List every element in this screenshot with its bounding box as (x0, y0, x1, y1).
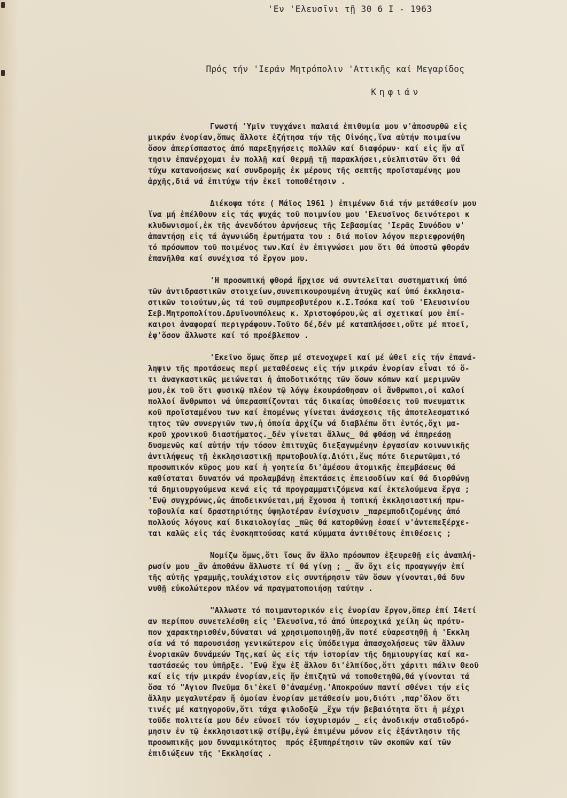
text-line: μου,ἐκ τοῦ ὅτι φυσικῷ πλέον τῷ λόγῳ ἐκου… (148, 385, 553, 396)
punch-hole-mark (1, 2, 5, 8)
paragraph: Διέκοψα τότε ( Μάϊος 1961 ) ἐπιμένων διά… (148, 198, 553, 264)
paragraph: Νομίζω ὅμως,ὅτι ἴσως ἄν ἄλλο πρόσωπον ἐξ… (148, 550, 553, 594)
text-line: ρωσίν μου _ἄν ἀποθάνω ἄλλωστε τί θά γίνῃ… (148, 561, 553, 572)
text-line: στικῶν τοιούτων,ὡς τά τοῦ συμπρεσβυτέρου… (148, 297, 553, 308)
text-line: τινές μέ κατηγοροῦν,ὅτι τάχα φιλοδοξῶ _ἔ… (148, 704, 553, 715)
text-line: ὅσον ἀπερίσπαστος ἀπό παρεξηγήσεις πολλῶ… (148, 143, 553, 154)
text-line: πον χαρακτηρισθέν,δύναται νά χρησιμοποιη… (148, 627, 553, 638)
text-line: τῶν ἀντιδραστικῶν στοιχείων,συνεπικουρου… (148, 286, 553, 297)
text-line: τό πρόσωπον τοῦ ποιμένος των.Καί ἐν ἐπιγ… (148, 242, 553, 253)
text-line: τύχω κατανοήσεως καί συνδρομῆς ἐκ μέρους… (148, 165, 553, 176)
text-line: ταστάσεώς του ὑπῆρξε. 'Ενῷ ἔχω ἐξ ἄλλου … (148, 660, 553, 671)
recipient-line: Πρός τήν 'Ιεράν Μητρόπολιν 'Αττικῆς καί … (206, 65, 464, 75)
text-line: ἀντιλήψεως τῇ ἐκκλησιαστικῇ πρωτοβουλίᾳ.… (148, 451, 553, 462)
text-line: πολλοί ἄνθρωποι νά ὑπερασπίζονται τάς δι… (148, 396, 553, 407)
text-line: τι ἀναγκαστικῶς μειώνεται ἡ ἀποδοτικότης… (148, 374, 553, 385)
text-line: ὅσα τό "Αγιον Πνεῦμα δι'ἐκεῖ θ'ἀναμένῃ.'… (148, 682, 553, 693)
text-line: τητος τῶν συνεργιῶν των,ἡ ὁποία ἀρχίζω ν… (148, 418, 553, 429)
paragraph: 'Εκεῖνο ὅμως ὅπερ μέ στενοχωρεῖ καί μέ ὠ… (148, 352, 553, 539)
text-line: ληψιν τῆς προτάσεως περί μεταθέσεως εἰς … (148, 363, 553, 374)
date-line: 'Εν 'Ελευσῖνι τῇ 30 6 Ι - 1963 (268, 5, 432, 15)
paragraph: 'Η προσωπική φθορά ἤρχισε νά συντελεῖται… (148, 275, 553, 341)
text-line: προσωπικόν κῦρος μου καί ἡ γοητεία δι'ἀμ… (148, 462, 553, 473)
text-line: νυθῇ εὐκολώτερον πλέον νά πραγματοποιήσῃ… (148, 583, 553, 594)
text-line: μησιν ἐν τῷ ἐκκλησιαστικῷ στίβῳ,ἐγώ ἐπιμ… (148, 726, 553, 737)
text-line: ἐνοριακῶν δυνάμεών Της,καί ὡς εἰς τήν ἱσ… (148, 649, 553, 660)
text-line: καιροι ἀναφοραί περιγράφουν.Τοῦτο δέ,δέν… (148, 319, 553, 330)
text-line: κλυδωνισμοί,ἐκ τῆς ἀνενδότου ἀρνήσεως τῆ… (148, 220, 553, 231)
text-line: Σεβ.Μητροπολίτου.Δρυϊνουπόλεως κ. Χριστο… (148, 308, 553, 319)
text-line: 'Ενῷ συγχρόνως,ὡς ἀποδεικνύεται,μή ἔχουσ… (148, 495, 553, 506)
text-line: Νομίζω ὅμως,ὅτι ἴσως ἄν ἄλλο πρόσωπον ἐξ… (148, 550, 553, 561)
text-line: μικράν ἐνορίαν,ὅπως ἄλλοτε ἐζήτησα τήν τ… (148, 132, 553, 143)
text-line: καθίσταται δυνατόν νά προλαμβάνῃ ἐπεκτάσ… (148, 473, 553, 484)
text-line: 'Εκεῖνο ὅμως ὅπερ μέ στενοχωρεῖ καί μέ ὠ… (148, 352, 553, 363)
text-line: ται καλῶς εἰς τάς ἐνσκηπτούσας κατά κύμμ… (148, 528, 553, 539)
text-line: τῆς αὐτῆς γραμμῆς,τουλάχιστον εἰς συντήρ… (148, 572, 553, 583)
text-line: προσωπικῆς μου δυναμικότητος πρός ἐξυπηρ… (148, 737, 553, 748)
typewritten-letter-page: 'Εν 'Ελευσῖνι τῇ 30 6 Ι - 1963 Πρός τήν … (0, 0, 567, 798)
text-line: αν περίπου συνετελέσθη εἰς 'Ελευσῖνα,τό … (148, 616, 553, 627)
text-line: ἐφ'ὅσον ἄλλωστε καί τό προέβλεπον . (148, 330, 553, 341)
text-line: πολλούς λόγους καί δικαιολογίας _πῶς θά … (148, 517, 553, 528)
text-line: ἐπανῆλθα καί συνέχισα τό ἔργον μου. (148, 253, 553, 264)
text-line: ἄλλην μεγαλυτέραν ἤ ὁμοίαν ἐνορίαν μετάθ… (148, 693, 553, 704)
text-line: ἐπιδιώξεων τῆς 'Εκκλησίας . (148, 748, 553, 759)
text-line: "Αλλωστε τό ποιμαντορικόν εἰς ἐνορίαν ἔρ… (148, 605, 553, 616)
text-line: τοῦδε πολιτεία μου δέν εὐνοεῖ τόν ἰσχυρι… (148, 715, 553, 726)
text-line: Γνωστή 'Υμῖν τυγχάνει παλαιά ἐπιθυμία μο… (148, 121, 553, 132)
text-line: ἵνα μή ἐπέλθουν εἰς τάς ψυχάς τοῦ ποιμνί… (148, 209, 553, 220)
text-line: τοβουλία καί δραστηριότης ὑψηλοτέραν ἐνί… (148, 506, 553, 517)
text-line: 'Η προσωπική φθορά ἤρχισε νά συντελεῖται… (148, 275, 553, 286)
text-line: σία νά τό παρουσιάσῃ γενικώτερον εἰς ὑπό… (148, 638, 553, 649)
punch-hole-mark (1, 70, 5, 76)
text-line: ἀρχῆς,διά νά ἐπιτύχω τήν ἐκεῖ τοποθέτησι… (148, 176, 553, 187)
paragraph: Γνωστή 'Υμῖν τυγχάνει παλαιά ἐπιθυμία μο… (148, 121, 553, 187)
text-line: κροῦ χρονικοῦ διαστήματος._δέν γίνεται ἄ… (148, 429, 553, 440)
paragraph: "Αλλωστε τό ποιμαντορικόν εἰς ἐνορίαν ἔρ… (148, 605, 553, 759)
text-line: τησιν ἐπανέρχομαι ἐν πολλῇ καί θερμῇ τῇ … (148, 154, 553, 165)
text-line: κοῦ προϊσταμένου των καί ἑπομένως γίνετα… (148, 407, 553, 418)
text-line: καί εἰς τήν μικράν ἐνορίαν,εἰς ἥν ἐπιζητ… (148, 671, 553, 682)
text-line: ἀπαντήσῃ εἰς τά ἀγωνιώδη ἐρωτήματα του :… (148, 231, 553, 242)
letter-body: Γνωστή 'Υμῖν τυγχάνει παλαιά ἐπιθυμία μο… (148, 121, 553, 770)
text-line: δυσμενῶς καί αὐτήν τήν τόσον ἐπιτυχῶς δι… (148, 440, 553, 451)
text-line: τά δημιουργούμενα κενά εἰς τά προγραμματ… (148, 484, 553, 495)
text-line: Διέκοψα τότε ( Μάϊος 1961 ) ἐπιμένων διά… (148, 198, 553, 209)
salutation: Κηφιάν (371, 88, 421, 98)
